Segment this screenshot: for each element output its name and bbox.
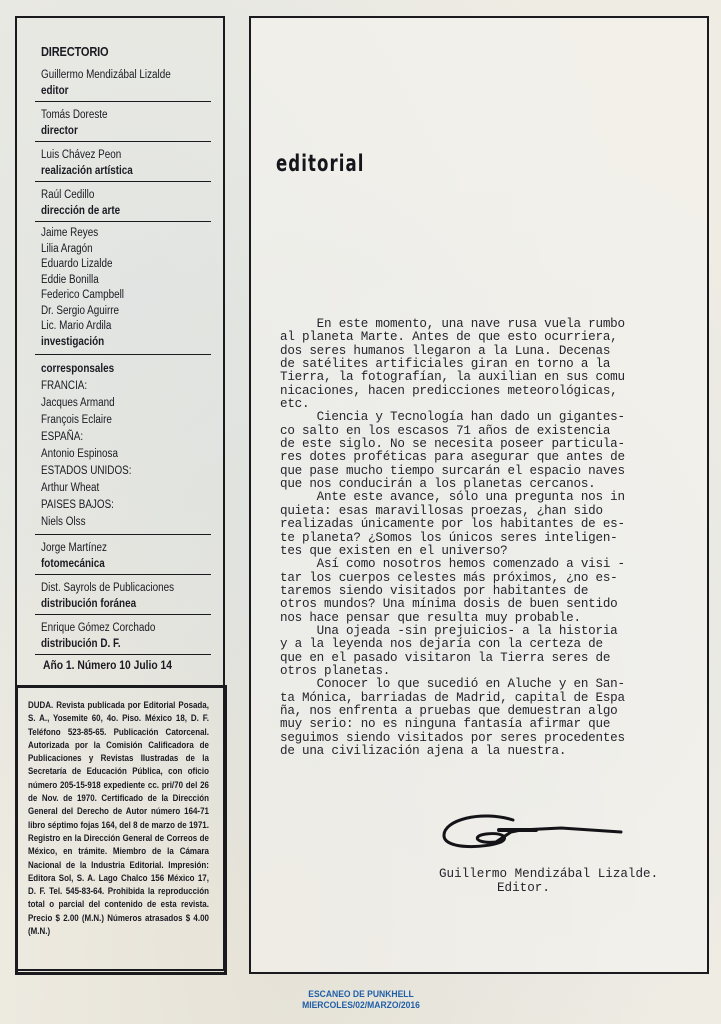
editorial-line: al planeta Marte. Antes de que esto ocur… — [280, 331, 678, 344]
country-label: ESTADOS UNIDOS: — [41, 463, 187, 480]
editorial-line: de este siglo. No se necesita poseer par… — [280, 438, 678, 451]
staff-role: distribución D. F. — [41, 637, 187, 653]
correspondent-name: Niels Olss — [41, 514, 187, 531]
staff-name: Luis Chávez Peon — [41, 148, 187, 164]
editorial-line: Tierra, la fotografían, la auxilian en s… — [280, 371, 678, 384]
staff-role: fotomecánica — [41, 557, 187, 573]
legal-notice-box: DUDA. Revista publicada por Editorial Po… — [15, 685, 227, 975]
staff-name: Jorge Martínez — [41, 541, 187, 557]
staff-name: Guillermo Mendizábal Lizalde — [41, 68, 187, 84]
editorial-line: que en el pasado visitaron la Tierra ser… — [280, 652, 678, 665]
editorial-line: otros mundos? Una mínima dosis de buen s… — [280, 598, 678, 611]
editorial-line: Así como nosotros hemos comenzado a visi… — [280, 558, 678, 571]
divider — [35, 181, 211, 182]
divider — [35, 101, 211, 102]
staff-role: director — [41, 124, 187, 140]
staff-role: investigación — [41, 335, 187, 351]
editorial-line: res dotes proféticas para asegurar que a… — [280, 451, 678, 464]
directory-panel: DIRECTORIO Guillermo Mendizábal Lizalde … — [15, 16, 225, 971]
editorial-line: tar los cuerpos celestes más próximos, ¿… — [280, 572, 678, 585]
staff-entry-foreign-distribution: Dist. Sayrols de Publicaciones distribuc… — [41, 581, 187, 612]
country-label: FRANCIA: — [41, 378, 187, 395]
divider — [35, 534, 211, 535]
editorial-line: nos hace pensar que resulta muy probable… — [280, 612, 678, 625]
divider — [35, 574, 211, 575]
correspondents-title: corresponsales — [41, 361, 187, 378]
staff-role: editor — [41, 84, 187, 100]
correspondents-block: corresponsales FRANCIA: Jacques Armand F… — [41, 361, 187, 531]
staff-name: Enrique Gómez Corchado — [41, 621, 187, 637]
editorial-line: realizadas únicamente por los habitantes… — [280, 518, 678, 531]
editorial-line: de satélites artificiales giran en torno… — [280, 358, 678, 371]
scan-credit-line1: ESCANEO DE PUNKHELL — [288, 989, 434, 1000]
editorial-line: etc. — [280, 398, 678, 411]
divider — [35, 221, 211, 222]
editorial-line: ta Mónica, barriadas de Madrid, capital … — [280, 692, 678, 705]
staff-name: Tomás Doreste — [41, 108, 187, 124]
editorial-line: En este momento, una nave rusa vuela rum… — [280, 318, 678, 331]
editorial-line: ña, nos enfrenta a pruebas que demuestra… — [280, 705, 678, 718]
divider — [35, 654, 211, 655]
editorial-line: que pase mucho tiempo surcarán el espaci… — [280, 465, 678, 478]
staff-entry-director: Tomás Doreste director — [41, 108, 187, 139]
editorial-line: y a la leyenda nos dejaría con la certez… — [280, 638, 678, 651]
correspondent-name: Jacques Armand — [41, 395, 187, 412]
country-label: PAISES BAJOS: — [41, 497, 187, 514]
staff-name: Jaime Reyes — [41, 226, 187, 242]
staff-name: Federico Campbell — [41, 288, 187, 304]
editorial-line: otros planetas. — [280, 665, 678, 678]
staff-role: realización artística — [41, 164, 187, 180]
staff-entry-editor: Guillermo Mendizábal Lizalde editor — [41, 68, 187, 99]
editorial-line: Conocer lo que sucedió en Aluche y en Sa… — [280, 678, 678, 691]
divider — [35, 141, 211, 142]
editorial-line: que nos conducirán a los planetas cercan… — [280, 478, 678, 491]
staff-entry-art-direction: Raúl Cedillo dirección de arte — [41, 188, 187, 219]
staff-name: Dr. Sergio Aguirre — [41, 304, 187, 320]
editorial-line: Ciencia y Tecnología han dado un gigante… — [280, 411, 678, 424]
staff-entry-research: Jaime Reyes Lilia Aragón Eduardo Lizalde… — [41, 226, 187, 350]
masthead: DIRECTORIO Guillermo Mendizábal Lizalde … — [17, 18, 223, 688]
staff-name: Raúl Cedillo — [41, 188, 187, 204]
staff-entry-df-distribution: Enrique Gómez Corchado distribución D. F… — [41, 621, 187, 652]
divider — [35, 354, 211, 355]
staff-role: distribución foránea — [41, 597, 187, 613]
editorial-heading: editorial — [276, 151, 364, 177]
staff-name: Eduardo Lizalde — [41, 257, 187, 273]
scan-credit-line2: MIERCOLES/02/MARZO/2016 — [288, 1000, 434, 1011]
signature-role: Editor. — [497, 881, 550, 895]
staff-role: dirección de arte — [41, 204, 187, 220]
staff-name: Dist. Sayrols de Publicaciones — [41, 581, 187, 597]
editorial-line: tes que existen en el universo? — [280, 545, 678, 558]
editorial-line: seguimos siendo visitados por seres proc… — [280, 732, 678, 745]
correspondent-name: François Eclaire — [41, 412, 187, 429]
scan-credit: ESCANEO DE PUNKHELL MIERCOLES/02/MARZO/2… — [288, 989, 434, 1011]
editorial-panel: editorial En este momento, una nave rusa… — [249, 16, 709, 974]
editorial-body: En este momento, una nave rusa vuela rum… — [280, 318, 678, 758]
staff-entry-artistic: Luis Chávez Peon realización artística — [41, 148, 187, 179]
signature-name: Guillermo Mendizábal Lizalde. — [439, 867, 658, 881]
editorial-line: de una civilización ajena a la nuestra. — [280, 745, 678, 758]
directory-title: DIRECTORIO — [41, 44, 108, 59]
correspondent-name: Antonio Espinosa — [41, 446, 187, 463]
staff-name: Lilia Aragón — [41, 242, 187, 258]
editorial-line: taremos siendo visitados por habitantes … — [280, 585, 678, 598]
editorial-line: Una ojeada -sin prejuicios- a la histori… — [280, 625, 678, 638]
editorial-line: co salto en los escasos 71 años de exist… — [280, 425, 678, 438]
editorial-line: muy serio: no es ninguna fantasía afirma… — [280, 718, 678, 731]
staff-name: Lic. Mario Ardila — [41, 319, 187, 335]
issue-info: Año 1. Número 10 Julio 14 — [43, 658, 172, 672]
editorial-line: Ante este avance, sólo una pregunta nos … — [280, 491, 678, 504]
country-label: ESPAÑA: — [41, 429, 187, 446]
signature-icon — [441, 810, 631, 860]
editorial-line: nicaciones, hacen predicciones meteoroló… — [280, 385, 678, 398]
staff-name: Eddie Bonilla — [41, 273, 187, 289]
correspondent-name: Arthur Wheat — [41, 480, 187, 497]
editorial-line: te planeta? ¿Somos los únicos seres inte… — [280, 532, 678, 545]
divider — [35, 614, 211, 615]
editorial-line: quieta: esas maravillosas proezas, ¿han … — [280, 505, 678, 518]
legal-notice-text: DUDA. Revista publicada por Editorial Po… — [28, 699, 209, 938]
staff-entry-photomechanics: Jorge Martínez fotomecánica — [41, 541, 187, 572]
editorial-line: dos seres humanos llegaron a la Luna. De… — [280, 345, 678, 358]
